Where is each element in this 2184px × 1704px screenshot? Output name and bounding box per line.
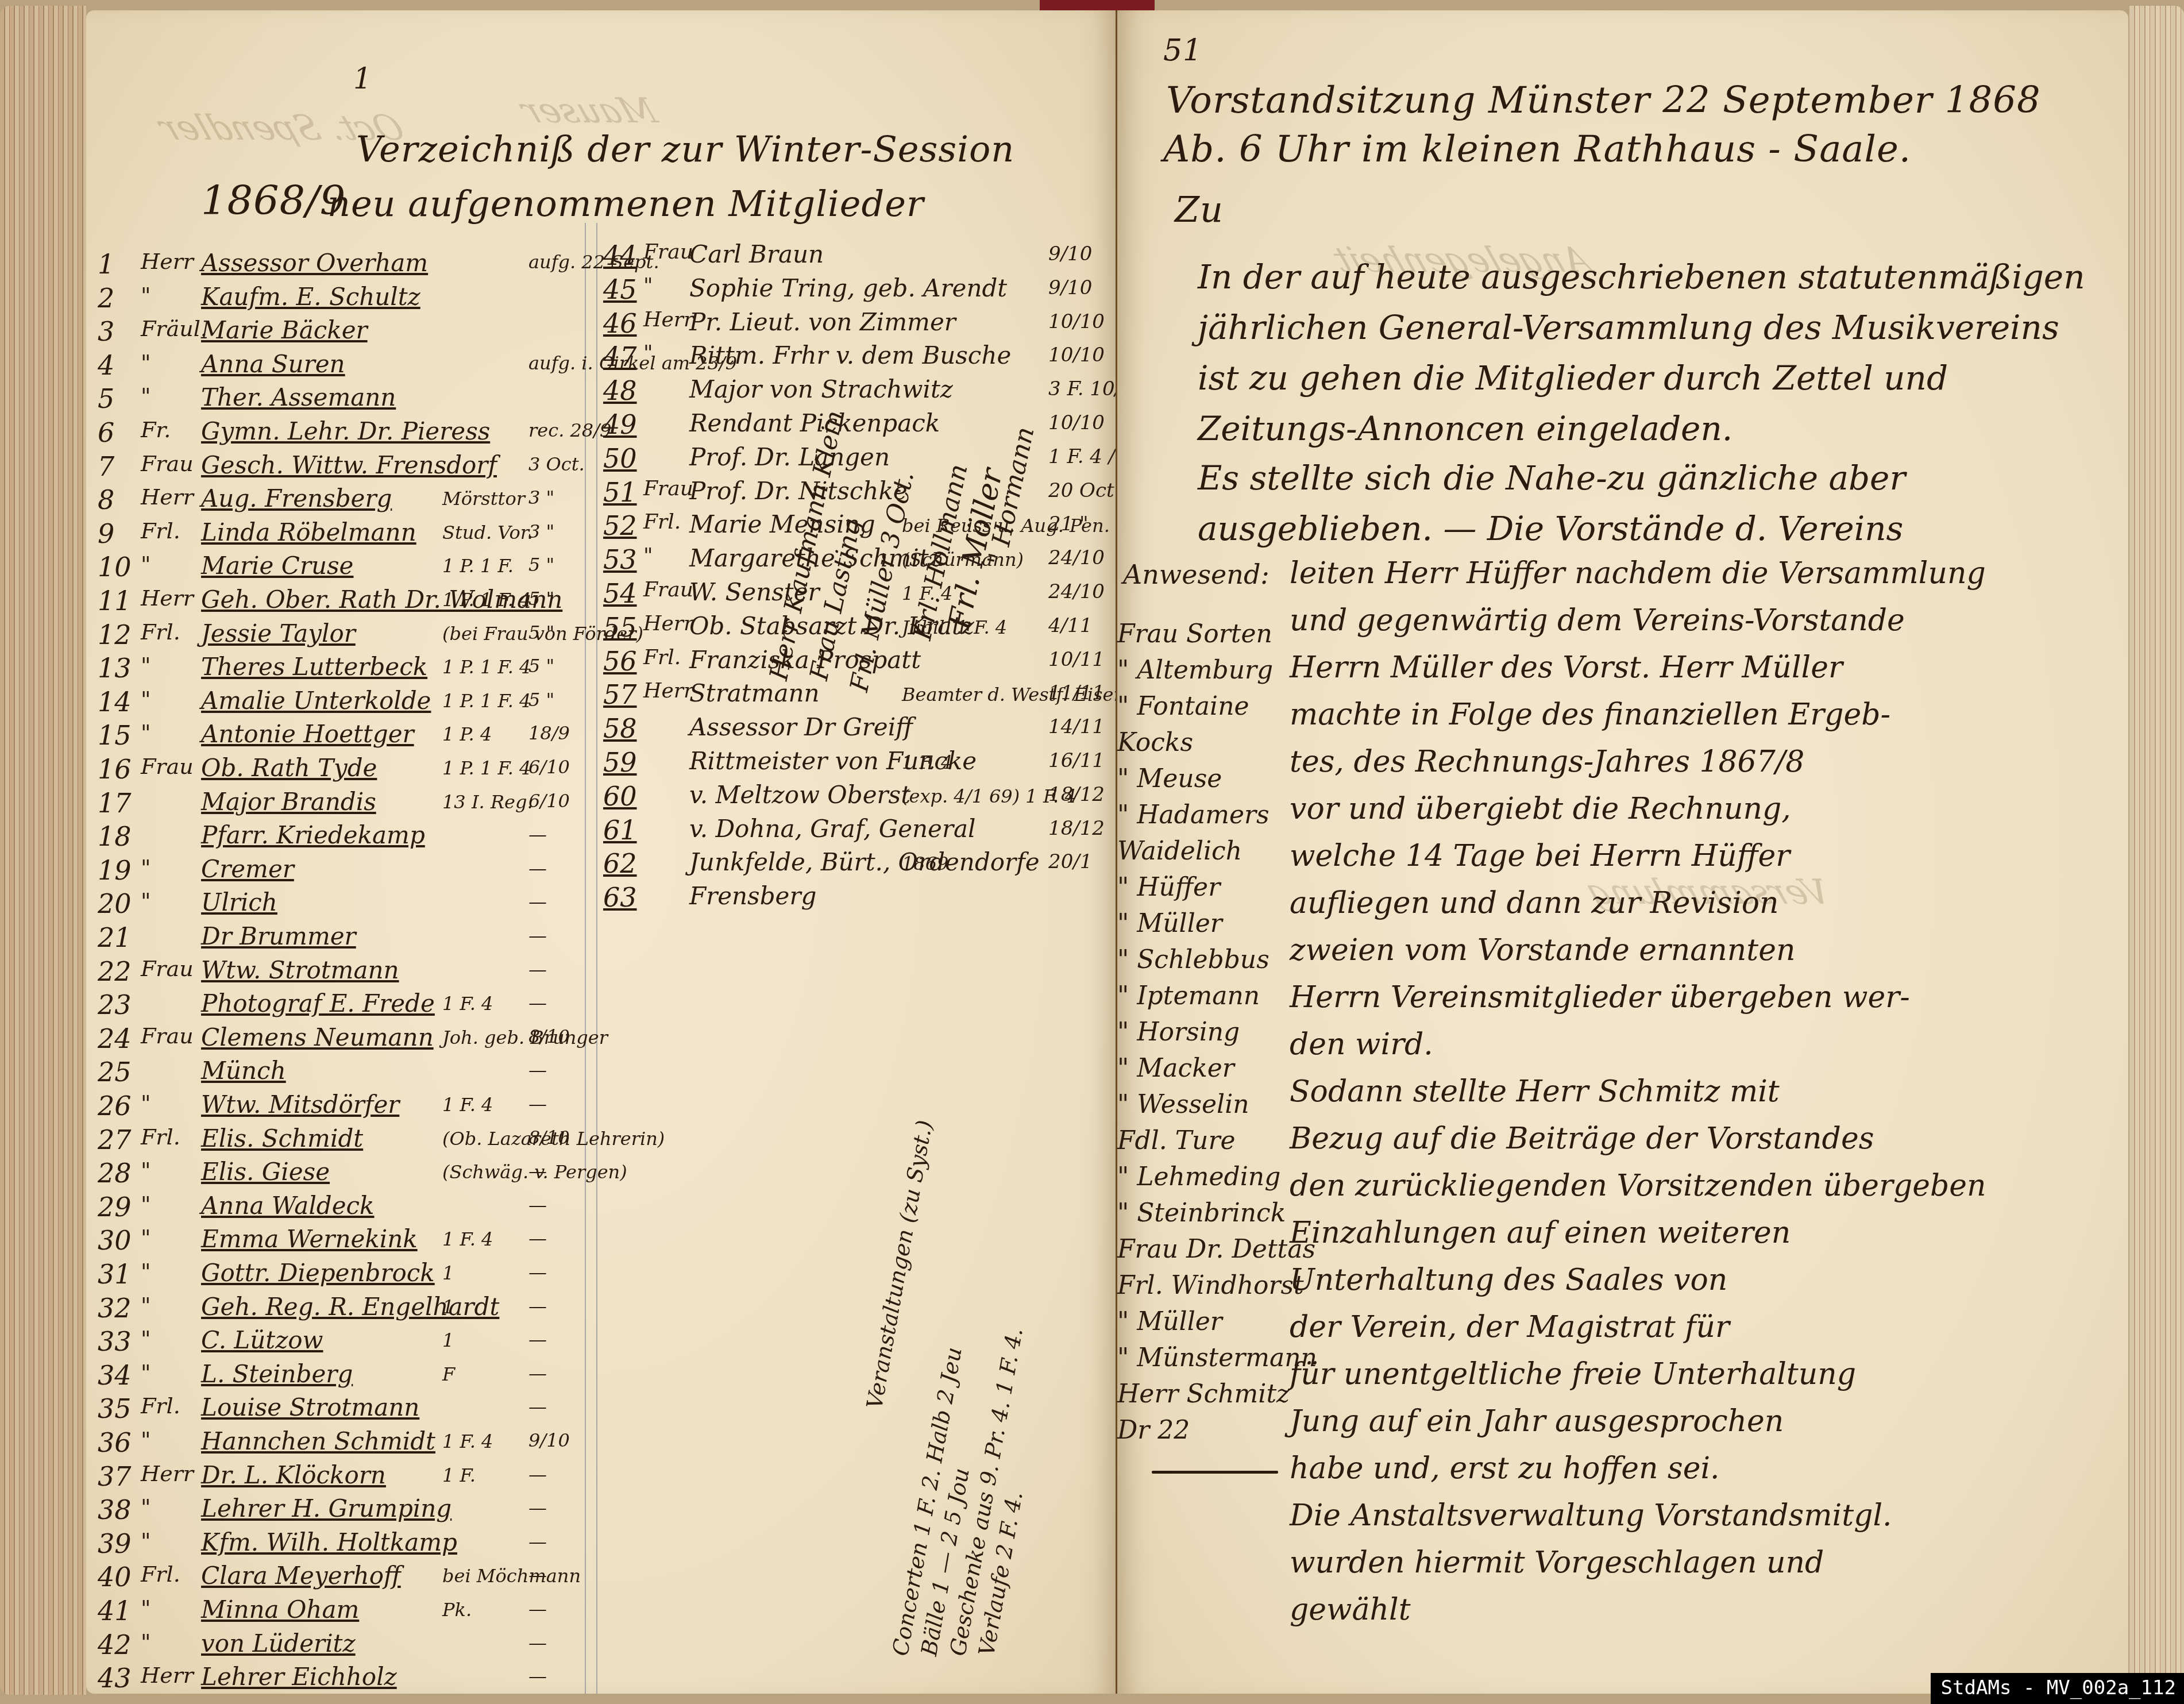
- entry-date: 10/10: [1048, 344, 1105, 367]
- entry-note: 1869: [902, 853, 948, 874]
- entry-name: Theres Lutterbeck: [201, 653, 427, 681]
- entry-number: 57: [603, 679, 637, 710]
- minutes-paragraph-1: In der auf heute ausgeschriebenen statut…: [1198, 252, 2094, 454]
- entry-date: —: [528, 992, 547, 1013]
- member-row: 58Assessor Dr Greiff14/11: [603, 713, 1109, 746]
- entry-title: Frl.: [141, 619, 180, 645]
- entry-name: Lehrer H. Grumping: [201, 1494, 452, 1522]
- entry-name: Elis. Giese: [201, 1158, 330, 1186]
- member-row: 2"Kaufm. E. Schultz: [86, 283, 580, 316]
- minutes-line: vor und übergiebt die Rechnung,: [1290, 792, 1791, 826]
- minutes-line: gewählt: [1290, 1593, 1411, 1627]
- entry-number: 42: [98, 1629, 132, 1660]
- entry-date: —: [528, 1059, 547, 1081]
- entry-name: Prof. Dr. Langen: [689, 443, 890, 471]
- entry-name: Carl Braun: [689, 240, 824, 268]
- entry-name: Major Brandis: [201, 788, 376, 816]
- attendee-name: Frl. Windhorst: [1117, 1271, 1304, 1300]
- member-row: 42"von Lüderitz—: [86, 1629, 580, 1663]
- entry-name: Stratmann: [689, 679, 820, 707]
- entry-title: ": [141, 1427, 151, 1452]
- entry-date: 9/10: [1048, 276, 1092, 299]
- entry-number: 38: [98, 1494, 132, 1525]
- entry-note: Pk.: [442, 1599, 472, 1621]
- entry-number: 8: [98, 484, 114, 515]
- entry-note: 1 P. 1 F. 4: [442, 690, 531, 712]
- member-row: 43HerrLehrer Eichholz—: [86, 1663, 580, 1696]
- minutes-line: Einzahlungen auf einen weiteren: [1290, 1216, 1791, 1250]
- entry-title: Herr: [141, 249, 194, 274]
- attendee-name: " Iptemann: [1117, 981, 1260, 1011]
- member-row: 31"Gottr. Diepenbrock1—: [86, 1259, 580, 1292]
- member-row: 23Photograf E. Frede1 F. 4—: [86, 989, 580, 1023]
- column-rule: [596, 223, 597, 1694]
- entry-number: 27: [98, 1124, 132, 1155]
- minutes-line: Herrn Müller des Vorst. Herr Müller: [1290, 650, 1843, 685]
- entry-date: —: [528, 1463, 547, 1485]
- entry-name: Photograf E. Frede: [201, 989, 435, 1017]
- member-row: 59Rittmeister von Funcke1 F. 416/11: [603, 747, 1109, 780]
- attendee-name: " Altemburg: [1117, 656, 1273, 685]
- entry-title: Frl.: [643, 646, 681, 669]
- attendee-name: " Münstermann: [1117, 1343, 1317, 1373]
- member-row: 48Major von Strachwitz3 F. 10/10: [603, 375, 1109, 408]
- entry-number: 33: [98, 1326, 132, 1357]
- attendee-name: Fdl. Ture: [1117, 1126, 1236, 1155]
- entry-title: Frau: [141, 451, 194, 476]
- entry-note: 1: [442, 1329, 454, 1351]
- entry-note: 1: [442, 1296, 454, 1318]
- attendee-name: " Wesselin: [1117, 1090, 1249, 1119]
- entry-number: 5: [98, 383, 114, 414]
- entry-title: Frau: [141, 956, 194, 981]
- entry-number: 32: [98, 1293, 132, 1324]
- entry-date: 5 ": [528, 689, 554, 711]
- entry-name: Jessie Taylor: [201, 619, 356, 647]
- entry-date: 16/11: [1048, 749, 1105, 772]
- entry-date: 4/11: [1048, 614, 1092, 637]
- member-row: 6Fr.Gymn. Lehr. Dr. Pieressrec. 28/9: [86, 417, 580, 450]
- member-row: 35Frl.Louise Strotmann—: [86, 1393, 580, 1427]
- entry-date: 5 ": [528, 655, 554, 677]
- attendee-name: Waidelich: [1117, 836, 1242, 866]
- member-row: 26"Wtw. Mitsdörfer1 F. 4—: [86, 1090, 580, 1124]
- attendee-name: " Macker: [1117, 1054, 1234, 1083]
- entry-title: ": [141, 552, 151, 577]
- minutes-line: den wird.: [1290, 1027, 1433, 1062]
- entry-number: 40: [98, 1562, 132, 1593]
- entry-name: Clara Meyerhoff: [201, 1562, 401, 1590]
- member-row: 47"Rittm. Frhr v. dem Busche10/10: [603, 341, 1109, 375]
- minutes-line: habe und, erst zu hoffen sei.: [1290, 1451, 1720, 1486]
- entry-number: 50: [603, 443, 637, 474]
- entry-number: 60: [603, 781, 637, 812]
- entry-number: 18: [98, 821, 132, 852]
- entry-number: 45: [603, 274, 637, 305]
- member-row: 19"Cremer—: [86, 855, 580, 888]
- attendee-name: Frau Dr. Dettas: [1117, 1235, 1315, 1264]
- member-row: 45"Sophie Tring, geb. Arendt9/10: [603, 274, 1109, 307]
- member-row: 7FrauGesch. Wittw. Frensdorf3 Oct.: [86, 451, 580, 484]
- entry-title: Herr: [643, 612, 693, 635]
- member-row: 34"L. SteinbergF—: [86, 1360, 580, 1393]
- entry-title: Frau: [643, 578, 693, 602]
- entry-name: Hannchen Schmidt: [201, 1427, 435, 1455]
- entry-title: ": [643, 341, 653, 365]
- entry-date: 9/10: [1048, 242, 1092, 265]
- entry-number: 36: [98, 1427, 132, 1458]
- entry-date: 8/10: [528, 1127, 570, 1148]
- entry-name: Pfarr. Kriedekamp: [201, 821, 425, 849]
- bleed-through-text: Mauser: [515, 91, 662, 131]
- entry-number: 28: [98, 1158, 132, 1189]
- member-row: 8HerrAug. FrensbergMörsttor3 ": [86, 484, 580, 518]
- entry-number: 44: [603, 240, 637, 271]
- entry-date: 14/11: [1048, 715, 1105, 738]
- entry-note: 13 I. Reg.: [442, 791, 533, 813]
- member-row: 25Münch—: [86, 1057, 580, 1090]
- entry-name: Major von Strachwitz: [689, 375, 953, 403]
- minutes-line: aufliegen und dann zur Revision: [1290, 886, 1779, 920]
- entry-date: 24/10: [1048, 546, 1105, 569]
- entry-date: 5 ": [528, 622, 554, 643]
- entry-date: 20/1: [1048, 850, 1092, 873]
- entry-date: —: [528, 1160, 547, 1182]
- red-spine-top: [1040, 0, 1155, 10]
- attendee-name: " Hüffer: [1117, 873, 1220, 902]
- entry-name: Clemens Neumann: [201, 1023, 434, 1051]
- entry-number: 14: [98, 687, 132, 718]
- entry-title: Frl.: [141, 1393, 180, 1418]
- heading-line-1: Verzeichniß der zur Winter-Session: [356, 128, 1014, 170]
- attendee-name: " Meuse: [1117, 764, 1222, 793]
- member-row: 39"Kfm. Wilh. Holtkamp—: [86, 1528, 580, 1562]
- minutes-line: der Verein, der Magistrat für: [1290, 1310, 1730, 1344]
- entry-title: ": [141, 1360, 151, 1385]
- minutes-heading-1: Vorstandsitzung Münster 22 September 186…: [1166, 79, 2041, 122]
- entry-title: ": [141, 1494, 151, 1520]
- entry-title: ": [141, 1326, 151, 1351]
- entry-date: 8/10: [528, 1026, 570, 1047]
- member-row: 21Dr Brummer—: [86, 922, 580, 955]
- minutes-line: machte in Folge des finanziellen Ergeb-: [1290, 697, 1890, 732]
- entry-name: Amalie Unterkolde: [201, 687, 431, 715]
- entry-title: ": [643, 544, 653, 568]
- member-row: 17Major Brandis13 I. Reg.6/10: [86, 788, 580, 821]
- entry-name: Linda Röbelmann: [201, 518, 416, 546]
- entry-title: ": [141, 383, 151, 408]
- entry-number: 13: [98, 653, 132, 684]
- entry-date: —: [528, 823, 547, 845]
- entry-date: 10/10: [1048, 310, 1105, 333]
- entry-name: Assessor Dr Greiff: [689, 713, 913, 741]
- entry-title: ": [141, 1090, 151, 1116]
- entry-note: 1 F. 4: [902, 751, 952, 773]
- entry-note: Beamter d. Westf. Eisenb.: [902, 684, 1143, 705]
- entry-number: 39: [98, 1528, 132, 1559]
- entry-title: Frl.: [643, 510, 681, 534]
- entry-name: Junkfelde, Bürt., Ordendorfe: [689, 848, 1040, 876]
- entry-number: 53: [603, 544, 637, 575]
- entry-number: 46: [603, 308, 637, 339]
- entry-title: ": [141, 1225, 151, 1250]
- entry-number: 7: [98, 451, 114, 482]
- entry-title: ": [141, 350, 151, 375]
- entry-name: von Lüderitz: [201, 1629, 356, 1657]
- entry-note: 1 F. 4: [442, 1228, 493, 1250]
- member-row: 29"Anna Waldeck—: [86, 1192, 580, 1225]
- member-row: 54FrauW. Senster1 F. 424/10: [603, 578, 1109, 611]
- entry-name: Münch: [201, 1057, 286, 1085]
- entry-name: Anna Suren: [201, 350, 345, 378]
- member-row: 40Frl.Clara Meyerhoffbei Möchmann—: [86, 1562, 580, 1595]
- entry-date: —: [528, 1295, 547, 1317]
- entry-number: 63: [603, 882, 637, 913]
- entry-name: Rendant Pickenpack: [689, 409, 940, 437]
- entry-date: —: [528, 857, 547, 879]
- archive-label: StdAMs - MV_002a_112: [1931, 1673, 2184, 1704]
- entry-number: 15: [98, 720, 132, 751]
- member-row: 15"Antonie Hoettger1 P. 418/9: [86, 720, 580, 753]
- entry-name: Emma Wernekink: [201, 1225, 418, 1253]
- entry-number: 17: [98, 788, 132, 819]
- minutes-line: Jung auf ein Jahr ausgesprochen: [1290, 1404, 1784, 1439]
- entry-date: 18/9: [528, 722, 570, 744]
- entry-title: Herr: [643, 308, 693, 331]
- entry-date: rec. 28/9: [528, 419, 611, 441]
- minutes-line: leiten Herr Hüffer nachdem die Versammlu…: [1290, 556, 1986, 591]
- entry-note: bei Möchmann: [442, 1565, 581, 1587]
- entry-date: 3 ": [528, 487, 554, 508]
- entry-name: Wtw. Strotmann: [201, 956, 399, 984]
- entry-name: v. Meltzow Oberst: [689, 781, 910, 809]
- entry-date: 18/12: [1048, 817, 1105, 840]
- member-row: 36"Hannchen Schmidt1 F. 49/10: [86, 1427, 580, 1460]
- member-row: 61v. Dohna, Graf, General18/12: [603, 815, 1109, 848]
- entry-name: L. Steinberg: [201, 1360, 353, 1388]
- entry-number: 31: [98, 1259, 132, 1290]
- member-row: 28"Elis. Giese(Schwäg. v. Pergen)—: [86, 1158, 580, 1191]
- entry-date: 10/10: [1048, 411, 1105, 434]
- member-row: 51FrauProf. Dr. Nitschke20 Oct.: [603, 477, 1109, 510]
- member-row: 33"C. Lützow1—: [86, 1326, 580, 1359]
- entry-name: Kfm. Wilh. Holtkamp: [201, 1528, 457, 1556]
- entry-name: Gottr. Diepenbrock: [201, 1259, 435, 1287]
- entry-date: 10/11: [1048, 648, 1105, 671]
- bottom-vertical-note: Veranstaltungen (zu Syst.): [862, 1118, 937, 1410]
- entry-number: 25: [98, 1057, 132, 1088]
- entry-date: 11/11: [1048, 681, 1105, 704]
- entry-date: —: [528, 958, 547, 980]
- member-row: 5"Ther. Assemann: [86, 383, 580, 417]
- entry-number: 16: [98, 754, 132, 785]
- member-row: 62Junkfelde, Bürt., Ordendorfe186920/1: [603, 848, 1109, 881]
- entry-number: 59: [603, 747, 637, 778]
- entry-note: 1 P. 1 F.: [442, 555, 514, 577]
- entry-number: 34: [98, 1360, 132, 1391]
- entry-title: ": [141, 888, 151, 913]
- left-page: Oct. Spendler Mauser 1 Verzeichniß der z…: [86, 10, 1117, 1694]
- left-page-edges: [0, 6, 86, 1695]
- minutes-line: Unterhaltung des Saales von: [1290, 1263, 1727, 1297]
- minutes-line: wurden hiermit Vorgeschlagen und: [1290, 1545, 1824, 1580]
- entry-number: 52: [603, 510, 637, 541]
- entry-title: Herr: [643, 679, 693, 703]
- member-row: 22FrauWtw. Strotmann—: [86, 956, 580, 989]
- entry-date: 6/10: [528, 790, 570, 812]
- entry-number: 43: [98, 1663, 132, 1694]
- entry-name: Sophie Tring, geb. Arendt: [689, 274, 1007, 302]
- attendee-name: Kocks: [1117, 728, 1193, 757]
- entry-date: —: [528, 1328, 547, 1350]
- entry-number: 11: [98, 585, 132, 616]
- entry-note: Joh. geb. Brunger: [442, 1027, 608, 1048]
- entry-note: 1 F.: [442, 1464, 476, 1486]
- entry-number: 47: [603, 341, 637, 372]
- attendee-name: " Fontaine: [1117, 692, 1249, 721]
- entry-title: ": [141, 855, 151, 880]
- member-row: 24FrauClemens NeumannJoh. geb. Brunger8/…: [86, 1023, 580, 1057]
- entry-number: 1: [98, 249, 114, 280]
- attendee-name: " Müller: [1117, 1307, 1222, 1336]
- entry-number: 41: [98, 1595, 132, 1626]
- entry-title: Frau: [643, 477, 693, 500]
- entry-title: Fräul.: [141, 316, 207, 341]
- entry-note: 1: [442, 1262, 454, 1284]
- entry-date: —: [528, 1632, 547, 1653]
- attendee-name: Herr Schmitz: [1117, 1379, 1290, 1409]
- entry-name: Ther. Assemann: [201, 383, 396, 411]
- entry-name: Lehrer Eichholz: [201, 1663, 397, 1691]
- entry-title: ": [141, 1528, 151, 1553]
- entry-number: 62: [603, 848, 637, 879]
- minutes-line: Herrn Vereinsmitglieder übergeben wer-: [1290, 980, 1910, 1015]
- entry-number: 51: [603, 477, 637, 508]
- entry-number: 19: [98, 855, 132, 886]
- entry-name: Ulrich: [201, 888, 277, 916]
- entry-name: Ob. Rath Tyde: [201, 754, 377, 782]
- entry-note: 1 P. 4: [442, 723, 492, 745]
- entry-number: 29: [98, 1192, 132, 1223]
- entry-date: 6/10: [528, 756, 570, 778]
- entry-title: Fr.: [141, 417, 171, 442]
- entry-note: 1 F. 4: [442, 1431, 493, 1452]
- member-row: 3Fräul.Marie Bäcker: [86, 316, 580, 349]
- heading-line-2: neu aufgenommenen Mitglieder: [327, 183, 924, 225]
- entry-name: Prof. Dr. Nitschke: [689, 477, 908, 505]
- entry-number: 21: [98, 922, 132, 953]
- column-rule: [585, 223, 586, 1694]
- entry-number: 48: [603, 375, 637, 406]
- entry-number: 56: [603, 646, 637, 677]
- minutes-line: für unentgeltliche freie Unterhaltung: [1290, 1357, 1856, 1391]
- member-row: 27Frl.Elis. Schmidt(Ob. Lazareth Lehreri…: [86, 1124, 580, 1158]
- entry-date: 20 Oct.: [1048, 479, 1120, 502]
- entry-number: 37: [98, 1461, 132, 1492]
- right-page-edges: [2129, 6, 2184, 1695]
- entry-name: Dr. L. Klöckorn: [201, 1461, 386, 1489]
- entry-date: —: [528, 1395, 547, 1417]
- attendee-name: " Schlebbus: [1117, 945, 1270, 974]
- member-row: 41"Minna OhamPk.—: [86, 1595, 580, 1629]
- entry-title: Herr: [141, 1663, 194, 1688]
- minutes-line: Sodann stellte Herr Schmitz mit: [1290, 1074, 1780, 1109]
- entry-number: 20: [98, 888, 132, 919]
- entry-title: ": [141, 653, 151, 678]
- member-row: 16FrauOb. Rath Tyde1 P. 1 F. 46/10: [86, 754, 580, 787]
- entry-number: 35: [98, 1393, 132, 1424]
- entry-name: Anna Waldeck: [201, 1192, 375, 1220]
- attendee-name: " Steinbrinck: [1117, 1198, 1286, 1228]
- attendee-name: " Hadamers: [1117, 800, 1270, 830]
- heading-year: 1868/9: [201, 177, 346, 224]
- entry-number: 58: [603, 713, 637, 744]
- entry-number: 49: [603, 409, 637, 440]
- entry-date: 5 ": [528, 554, 554, 576]
- entry-note: 1 P. 1 F. 4: [442, 656, 531, 678]
- member-row: 37HerrDr. L. Klöckorn1 F.—: [86, 1461, 580, 1494]
- entry-date: 9/10: [528, 1429, 570, 1451]
- entry-title: Herr: [141, 585, 194, 611]
- attendee-name: Dr 22: [1117, 1416, 1190, 1445]
- entry-number: 4: [98, 350, 114, 381]
- minutes-line: Die Anstaltsverwaltung Vorstandsmitgl.: [1290, 1498, 1892, 1533]
- entry-title: Frau: [141, 754, 194, 779]
- entry-number: 6: [98, 417, 114, 448]
- entry-name: Frensberg: [689, 882, 816, 910]
- entry-note: 1 P. 1 F. 4: [442, 757, 531, 779]
- entry-date: —: [528, 1261, 547, 1283]
- entry-title: ": [141, 283, 151, 308]
- entry-name: Elis. Schmidt: [201, 1124, 363, 1152]
- entry-date: —: [528, 1598, 547, 1620]
- entry-name: Gymn. Lehr. Dr. Pieress: [201, 417, 490, 445]
- member-row: 9Frl.Linda RöbelmannStud. Vor.3 ": [86, 518, 580, 552]
- entry-note: Stud. Vor.: [442, 522, 533, 543]
- member-row: 20"Ulrich—: [86, 888, 580, 922]
- minutes-line: den zurückliegenden Vorsitzenden übergeb…: [1290, 1169, 1986, 1203]
- attendee-name: " Müller: [1117, 909, 1222, 938]
- minutes-line: Bezug auf die Beiträge der Vorstandes: [1290, 1121, 1874, 1156]
- page-mark: 1: [353, 62, 372, 95]
- entry-note: 1 P. 1 F. 4: [442, 589, 531, 611]
- attendees-heading: Anwesend:: [1123, 559, 1270, 590]
- entry-number: 26: [98, 1090, 132, 1121]
- entry-number: 12: [98, 619, 132, 650]
- entry-title: Herr: [141, 1461, 194, 1486]
- attendee-name: " Horsing: [1117, 1017, 1240, 1047]
- entry-title: ": [141, 1629, 151, 1655]
- entry-note: 1 F. 4: [442, 993, 493, 1015]
- attendee-name: " Lehmeding: [1117, 1162, 1280, 1192]
- minutes-line: und gegenwärtig dem Vereins-Vorstande: [1290, 603, 1905, 638]
- entry-name: Kaufm. E. Schultz: [201, 283, 420, 311]
- entry-number: 24: [98, 1023, 132, 1054]
- entry-date: 3 Oct.: [528, 453, 585, 475]
- entry-date: —: [528, 1362, 547, 1384]
- entry-number: 22: [98, 956, 132, 987]
- entry-number: 54: [603, 578, 637, 609]
- entry-date: —: [528, 924, 547, 946]
- entry-title: ": [141, 1158, 151, 1183]
- entry-date: 3 ": [528, 521, 554, 542]
- entry-name: Aug. Frensberg: [201, 484, 392, 512]
- member-row: 44FrauCarl Braun9/10: [603, 240, 1109, 273]
- member-row: 13"Theres Lutterbeck1 P. 1 F. 45 ": [86, 653, 580, 686]
- member-row: 60v. Meltzow Oberst(exp. 4/1 69) 1 F. 41…: [603, 781, 1109, 814]
- right-page: Angelegenheit Versammlung 51 Vorstandsit…: [1117, 10, 2128, 1694]
- entry-date: —: [528, 1227, 547, 1249]
